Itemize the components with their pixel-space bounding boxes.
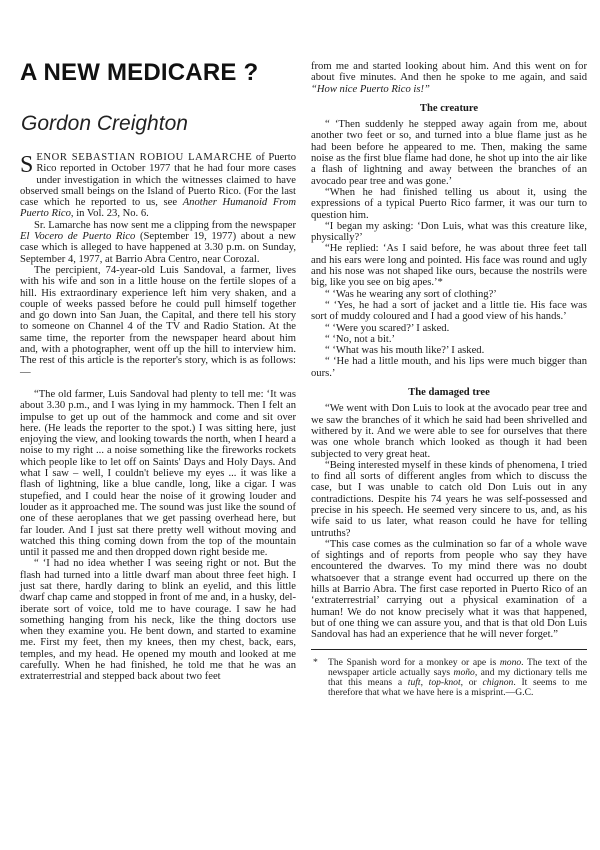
paragraph: “This case comes as the culmination so f… bbox=[311, 539, 587, 641]
footnote: *The Spanish word for a monkey or ape is… bbox=[311, 658, 587, 699]
paragraph: “ ‘Were you scared?’ I asked. bbox=[311, 323, 587, 334]
magazine-page: A NEW MEDICARE ? Gordon Creighton SENOR … bbox=[0, 0, 600, 850]
paragraph: “I began my asking: ‘Don Luis, what was … bbox=[311, 221, 587, 244]
intro-caps-lead: ENOR SEBASTIAN ROBIOU LAMARCHE bbox=[36, 152, 252, 163]
article-title: A NEW MEDICARE ? bbox=[20, 59, 258, 87]
paragraph-text: Sr. Lamarche has now sent me a clipping … bbox=[34, 220, 296, 231]
paragraph: “We went with Don Luis to look at the av… bbox=[311, 403, 587, 459]
intro-text-end: , in Vol. 23, No. 6. bbox=[71, 208, 149, 219]
paragraph: Sr. Lamarche has now sent me a clipping … bbox=[20, 220, 296, 265]
left-column: SENOR SEBASTIAN ROBIOU LAMARCHE of Puert… bbox=[20, 152, 296, 683]
quoted-speech: “How nice Puerto Rico is!” bbox=[311, 84, 430, 95]
paragraph: “The old farmer, Luis Sandoval had plent… bbox=[20, 389, 296, 558]
section-heading: The damaged tree bbox=[311, 387, 587, 398]
intro-paragraph: SENOR SEBASTIAN ROBIOU LAMARCHE of Puert… bbox=[20, 152, 296, 220]
paragraph: “ ‘No, not a bit.’ bbox=[311, 334, 587, 345]
paragraph: “ ‘Was he wearing any sort of clothing?’ bbox=[311, 289, 587, 300]
paragraph: The percipient, 74-year-old Luis Sandova… bbox=[20, 265, 296, 378]
section-heading: The creature bbox=[311, 103, 587, 114]
paragraph: “ ‘Then suddenly he stepped away again f… bbox=[311, 119, 587, 187]
footnote-divider bbox=[311, 649, 587, 650]
paragraph: “ ‘Yes, he had a sort of jacket and a li… bbox=[311, 300, 587, 323]
footnote-marker: * bbox=[313, 658, 318, 668]
spacer bbox=[20, 378, 296, 389]
paragraph: “ ‘I had no idea whether I was seeing ri… bbox=[20, 558, 296, 682]
article-author: Gordon Creighton bbox=[21, 112, 188, 136]
top-spacer bbox=[311, 4, 587, 61]
paragraph: “ ‘He had a little mouth, and his lips w… bbox=[311, 356, 587, 379]
paragraph: “ ‘What was his mouth like?’ I asked. bbox=[311, 345, 587, 356]
paragraph: from me and started looking about him. A… bbox=[311, 61, 587, 95]
paragraph: “When he had finished telling us about i… bbox=[311, 187, 587, 221]
paragraph: “He replied: ‘As I said before, he was a… bbox=[311, 243, 587, 288]
paragraph-text: from me and started looking about him. A… bbox=[311, 61, 587, 83]
drop-cap: S bbox=[20, 155, 33, 175]
right-column: from me and started looking about him. A… bbox=[311, 4, 587, 698]
newspaper-name: El Vocero de Puerto Rico bbox=[20, 231, 135, 242]
paragraph: “Being interested myself in these kinds … bbox=[311, 460, 587, 539]
